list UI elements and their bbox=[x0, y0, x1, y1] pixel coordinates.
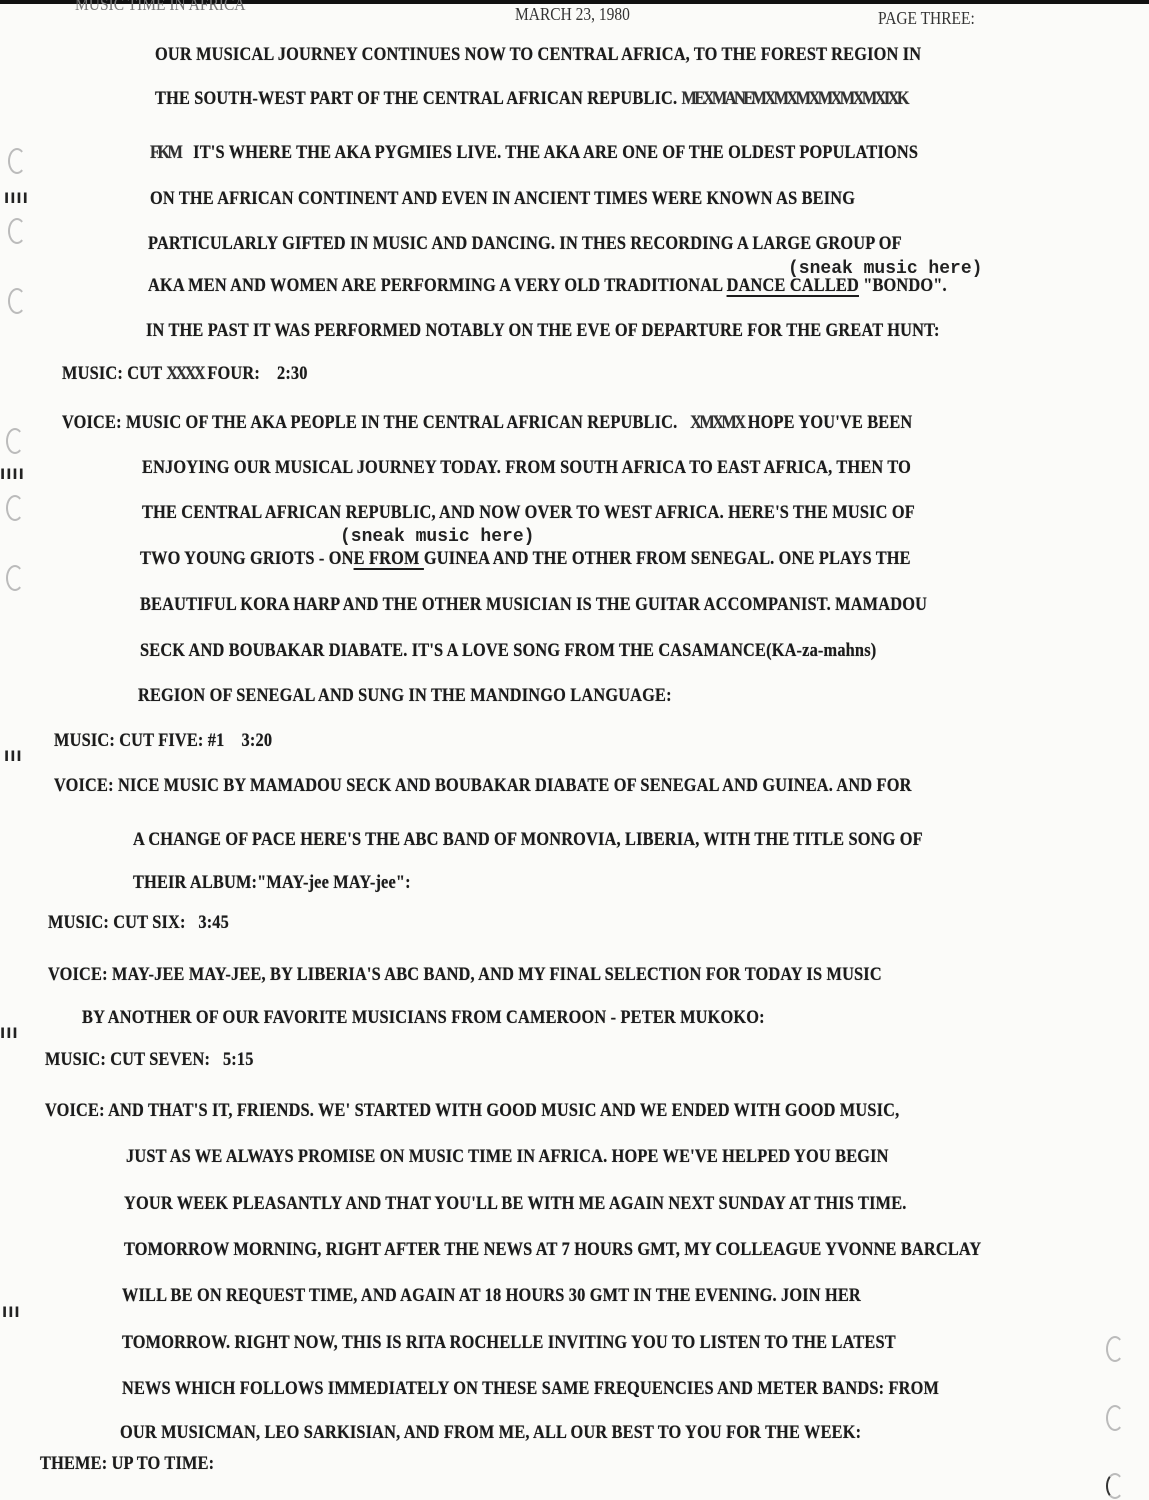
intro-line-3-text: IT'S WHERE THE AKA PYGMIES LIVE. THE AKA… bbox=[193, 142, 918, 163]
struck-text: MEXMANEMXMXMXMXMXMXIXK bbox=[682, 88, 907, 109]
cue-text: UP TO TIME: bbox=[112, 1453, 215, 1474]
intro-line-6: AKA MEN AND WOMEN ARE PERFORMING A VERY … bbox=[148, 275, 947, 297]
voice-label: VOICE: bbox=[48, 964, 108, 985]
theme-cue: THEME: UP TO TIME: bbox=[40, 1453, 214, 1475]
voice-4-line-7: NEWS WHICH FOLLOWS IMMEDIATELY ON THESE … bbox=[122, 1378, 939, 1400]
cue-label: THEME: bbox=[40, 1453, 107, 1474]
sneak-music-note: (sneak music here) bbox=[340, 527, 534, 547]
voice-text: HOPE YOU'VE BEEN bbox=[748, 412, 913, 433]
voice-label: VOICE: bbox=[45, 1100, 105, 1121]
intro-line-2-text: THE SOUTH-WEST PART OF THE CENTRAL AFRIC… bbox=[155, 88, 677, 109]
cue-text: CUT SIX: bbox=[113, 912, 185, 933]
margin-mark: IIII bbox=[0, 467, 25, 483]
voice-4-line-3: YOUR WEEK PLEASANTLY AND THAT YOU'LL BE … bbox=[124, 1193, 907, 1215]
intro-line-1: OUR MUSICAL JOURNEY CONTINUES NOW TO CEN… bbox=[155, 44, 921, 66]
margin-mark: III bbox=[0, 1026, 19, 1042]
intro-line-5: PARTICULARLY GIFTED IN MUSIC AND DANCING… bbox=[148, 233, 902, 255]
voice-label: VOICE: bbox=[62, 412, 122, 433]
cue-text: CUT SEVEN: bbox=[110, 1049, 210, 1070]
cue-text: CUT bbox=[127, 363, 166, 384]
voice-label: VOICE: bbox=[54, 775, 114, 796]
cue-text: CUT FIVE: #1 bbox=[119, 730, 224, 751]
voice-1-line-6: SECK AND BOUBAKAR DIABATE. IT'S A LOVE S… bbox=[140, 640, 876, 662]
punch-hole bbox=[6, 565, 24, 591]
voice-4-line-8: OUR MUSICMAN, LEO SARKISIAN, AND FROM ME… bbox=[120, 1422, 861, 1444]
punch-hole bbox=[6, 428, 24, 454]
voice-1-line-3: THE CENTRAL AFRICAN REPUBLIC, AND NOW OV… bbox=[142, 502, 915, 524]
program-title: MUSIC TIME IN AFRICA bbox=[75, 0, 245, 15]
intro-line-4: ON THE AFRICAN CONTINENT AND EVEN IN ANC… bbox=[150, 188, 855, 210]
intro-line-3: FKM IT'S WHERE THE AKA PYGMIES LIVE. THE… bbox=[150, 142, 918, 164]
voice-text: MAY-JEE MAY-JEE, BY LIBERIA'S ABC BAND, … bbox=[112, 964, 882, 985]
cue-time: 3:20 bbox=[242, 730, 273, 751]
cue-label: MUSIC: bbox=[45, 1049, 106, 1070]
music-cue-six: MUSIC: CUT SIX: 3:45 bbox=[48, 912, 229, 934]
voice-2-line-1: VOICE: NICE MUSIC BY MAMADOU SECK AND BO… bbox=[54, 775, 912, 797]
voice-1-line-5: BEAUTIFUL KORA HARP AND THE OTHER MUSICI… bbox=[140, 594, 927, 616]
voice-4-line-1: VOICE: AND THAT'S IT, FRIENDS. WE' START… bbox=[45, 1100, 899, 1122]
intro-line-2: THE SOUTH-WEST PART OF THE CENTRAL AFRIC… bbox=[155, 88, 907, 110]
voice-1-line-2: ENJOYING OUR MUSICAL JOURNEY TODAY. FROM… bbox=[142, 457, 911, 479]
cue-text: FOUR: bbox=[203, 363, 260, 384]
punch-hole bbox=[1106, 1473, 1124, 1499]
margin-mark: III bbox=[4, 749, 23, 765]
punch-hole bbox=[6, 495, 24, 521]
voice-text: GUINEA AND THE OTHER FROM SENEGAL. ONE P… bbox=[424, 548, 911, 569]
voice-text: MUSIC OF THE AKA PEOPLE IN THE CENTRAL A… bbox=[126, 412, 677, 433]
margin-mark: III bbox=[2, 1305, 21, 1321]
intro-line-6-text: AKA MEN AND WOMEN ARE PERFORMING A VERY … bbox=[148, 275, 727, 296]
punch-hole bbox=[1106, 1405, 1124, 1431]
underlined-text: E FROM bbox=[354, 548, 424, 569]
margin-mark: IIII bbox=[4, 191, 29, 207]
punch-hole bbox=[8, 148, 26, 174]
voice-4-line-5: WILL BE ON REQUEST TIME, AND AGAIN AT 18… bbox=[122, 1285, 861, 1307]
voice-1-line-4: TWO YOUNG GRIOTS - ONE FROM GUINEA AND T… bbox=[140, 548, 911, 570]
voice-1-line-7: REGION OF SENEGAL AND SUNG IN THE MANDIN… bbox=[138, 685, 672, 707]
struck-text: XMXMX bbox=[690, 412, 743, 433]
punch-hole bbox=[8, 288, 26, 314]
page-number: PAGE THREE: bbox=[878, 8, 975, 29]
voice-text: AND THAT'S IT, FRIENDS. WE' STARTED WITH… bbox=[108, 1100, 899, 1121]
voice-2-line-3: THEIR ALBUM:"MAY-jee MAY-jee": bbox=[133, 872, 411, 894]
struck-text: FKM bbox=[150, 142, 180, 163]
music-cue-seven: MUSIC: CUT SEVEN: 5:15 bbox=[45, 1049, 254, 1071]
cue-time: 3:45 bbox=[198, 912, 229, 933]
punch-hole bbox=[1106, 1336, 1124, 1362]
voice-3-line-1: VOICE: MAY-JEE MAY-JEE, BY LIBERIA'S ABC… bbox=[48, 964, 882, 986]
underlined-text: DANCE CALLED bbox=[727, 275, 859, 296]
cue-label: MUSIC: bbox=[54, 730, 115, 751]
struck-text: XXXX bbox=[166, 363, 203, 384]
voice-3-line-2: BY ANOTHER OF OUR FAVORITE MUSICIANS FRO… bbox=[82, 1007, 765, 1029]
cue-label: MUSIC: bbox=[62, 363, 123, 384]
music-cue-four: MUSIC: CUT XXXX FOUR: 2:30 bbox=[62, 363, 308, 385]
voice-1-line-1: VOICE: MUSIC OF THE AKA PEOPLE IN THE CE… bbox=[62, 412, 912, 434]
voice-4-line-6: TOMORROW. RIGHT NOW, THIS IS RITA ROCHEL… bbox=[122, 1332, 896, 1354]
punch-hole bbox=[8, 218, 26, 244]
cue-time: 2:30 bbox=[277, 363, 308, 384]
voice-text: NICE MUSIC BY MAMADOU SECK AND BOUBAKAR … bbox=[118, 775, 912, 796]
document-date: MARCH 23, 1980 bbox=[515, 4, 630, 25]
intro-line-7: IN THE PAST IT WAS PERFORMED NOTABLY ON … bbox=[146, 320, 940, 342]
music-cue-five: MUSIC: CUT FIVE: #1 3:20 bbox=[54, 730, 272, 752]
voice-4-line-2: JUST AS WE ALWAYS PROMISE ON MUSIC TIME … bbox=[126, 1146, 889, 1168]
cue-label: MUSIC: bbox=[48, 912, 109, 933]
voice-4-line-4: TOMORROW MORNING, RIGHT AFTER THE NEWS A… bbox=[124, 1239, 981, 1261]
intro-line-6-end: "BONDO". bbox=[859, 275, 947, 296]
voice-text: TWO YOUNG GRIOTS - ON bbox=[140, 548, 354, 569]
voice-2-line-2: A CHANGE OF PACE HERE'S THE ABC BAND OF … bbox=[133, 829, 923, 851]
cue-time: 5:15 bbox=[223, 1049, 254, 1070]
